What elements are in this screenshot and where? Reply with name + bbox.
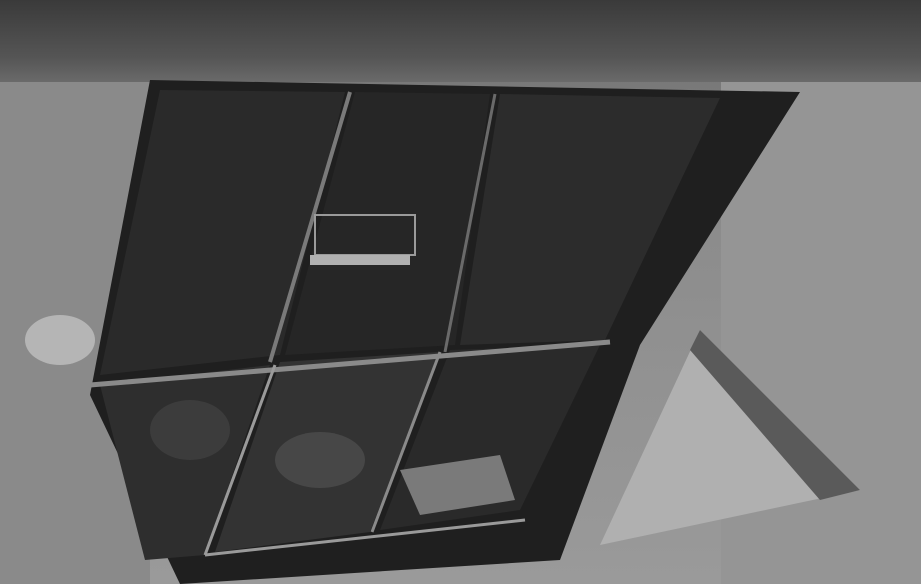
hatch-frame	[0, 0, 921, 584]
photo	[0, 0, 921, 584]
